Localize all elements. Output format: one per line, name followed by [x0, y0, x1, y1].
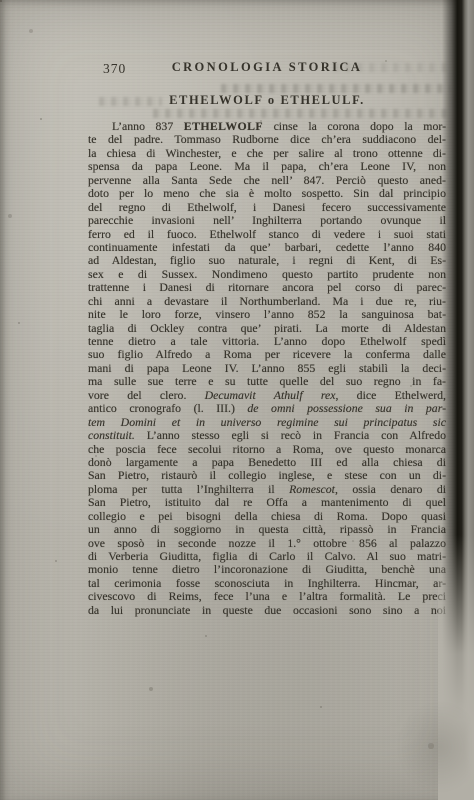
body-line: ove sposò in seconde nozze il 1.° ottobr…	[88, 537, 446, 550]
body-line: trattenne i Danesi di ritornare ancora p…	[88, 281, 446, 294]
body-line: nite le loro forze, vinsero l’anno 852 l…	[88, 308, 446, 321]
body-line: doto per lo meno che sia è molto sospett…	[88, 187, 446, 200]
body-line: da lui pronunciate in queste due occasio…	[88, 604, 446, 617]
body-line: un anno di soggiorno in questa città, ri…	[88, 523, 446, 536]
body-line: chi anni a devastare il Northumberland. …	[88, 295, 446, 308]
body-line: monio tenne dietro l’incoronazione di Gi…	[88, 563, 446, 576]
body-line: te del padre. Tommaso Rudborne dice ch’e…	[88, 133, 446, 146]
body-line: tenne dietro a tale vittoria. L’anno dop…	[88, 335, 446, 348]
body-line: taglia di Ockley contra que’ pirati. La …	[88, 322, 446, 335]
body-line: vore del clero. Decumavit Athulf rex, di…	[88, 389, 446, 402]
body-line: ad Aldestan, figlio suo naturale, i regn…	[88, 254, 446, 267]
corner-smudge	[398, 702, 468, 792]
body-line: sex e di Sussex. Nondimeno questo partit…	[88, 268, 446, 281]
body-line: pervenne alla Santa Sede che nell’ 847. …	[88, 174, 446, 187]
body-line: ploma per tutta l’Inghilterra il Romesco…	[88, 483, 446, 496]
body-line: parecchie invasioni nell’ Inghilterra po…	[88, 214, 446, 227]
body-line: ma sulle sue terre e su tutte quelle del…	[88, 375, 446, 388]
body-line: donò largamente a papa Benedetto III ed …	[88, 456, 446, 469]
body-line: continuamente infestati da que’ barbari,…	[88, 241, 446, 254]
body-line: la chiesa di Winchester, e che per salir…	[88, 147, 446, 160]
body-line: che poscia fece secolui ritorno a Roma, …	[88, 443, 446, 456]
body-line: spensa da papa Leone. Ma il papa, ch’era…	[88, 160, 446, 173]
body-line: ferro ed il fuoco. Ethelwolf stanco di v…	[88, 228, 446, 241]
body-line: di Verberia Giuditta, figlia di Carlo il…	[88, 550, 446, 563]
scanned-book-page: 370 CRONOLOGIA STORICA ETHELWOLF o ETHEL…	[0, 0, 474, 800]
body-line: mani di papa Leone IV. L’anno 855 egli s…	[88, 362, 446, 375]
body-line: collegio e pei bisogni della chiesa di R…	[88, 510, 446, 523]
body-line: L’anno 837 ETHELWOLF cinse la corona dop…	[88, 120, 446, 133]
body-line: civescovo di Reims, fece l’una e l’altra…	[88, 590, 446, 603]
bleed-through-text	[150, 109, 450, 118]
body-text: L’anno 837 ETHELWOLF cinse la corona dop…	[88, 120, 446, 617]
running-title: CRONOLOGIA STORICA	[88, 60, 446, 75]
body-line: constituit. L’anno stesso egli si recò i…	[88, 429, 446, 442]
body-line: del regno di Ethelwolf, i Danesi fecero …	[88, 201, 446, 214]
body-line: tem Domini et in universo regimine sui p…	[88, 416, 446, 429]
bleed-through-text	[218, 84, 450, 93]
body-line: antico cronografo (l. III.) de omni poss…	[88, 402, 446, 415]
body-line: San Pietro, istituito dal re Offa a mant…	[88, 496, 446, 509]
body-line: tal cerimonia fosse sconosciuta in Inghi…	[88, 577, 446, 590]
body-line: San Pietro, ristaurò il collegio inglese…	[88, 469, 446, 482]
body-line: suo figlio Alfredo a Roma per ricevere l…	[88, 348, 446, 361]
section-heading: ETHELWOLF o ETHELULF.	[88, 93, 446, 108]
